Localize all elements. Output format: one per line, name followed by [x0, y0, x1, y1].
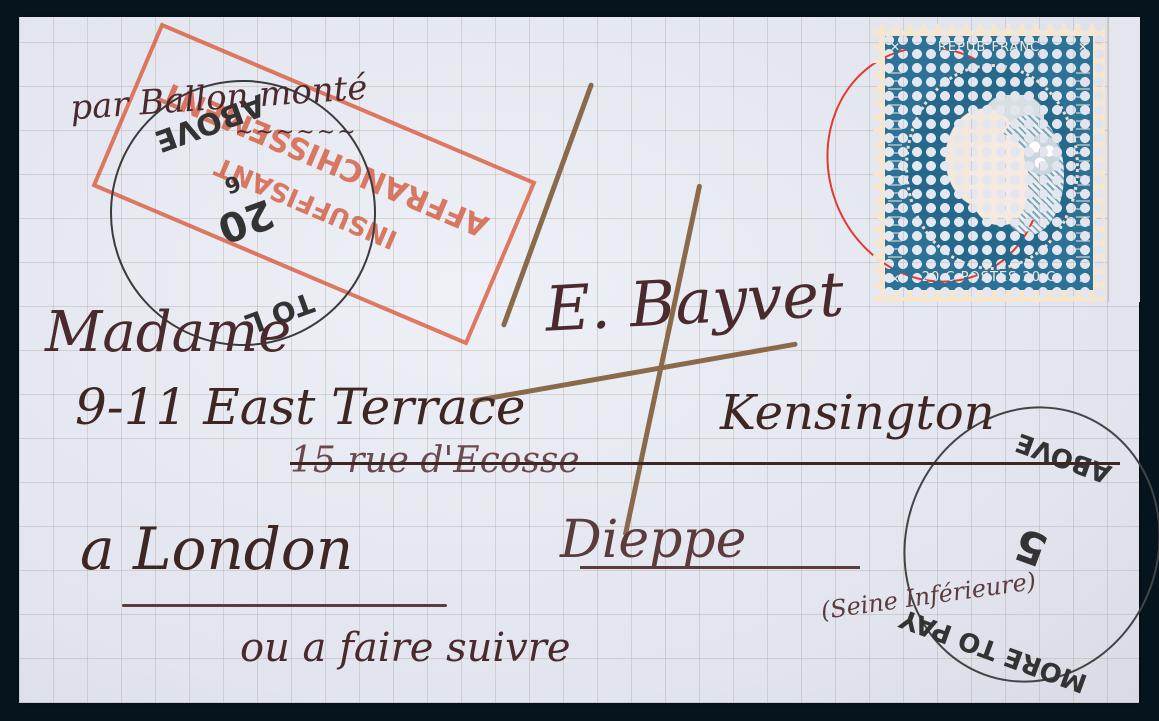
corner-cross-icon: ✕ — [887, 38, 903, 56]
forwarding-instruction: ou a faire suivre — [240, 625, 571, 671]
address-street: 9-11 East Terrace — [75, 378, 525, 436]
strike-through-line — [290, 462, 1120, 465]
salutation: Madame — [45, 300, 291, 365]
address-old-city: Dieppe — [560, 510, 746, 570]
face-profile — [968, 135, 1028, 225]
address-city: a London — [80, 515, 353, 583]
address-district: Kensington — [720, 385, 995, 441]
address-old-street: 15 rue d'Ecosse — [290, 440, 580, 481]
stamp-frame: ✕ ✕ ✕ ✕ REPUB FRANC 20·C·POSTES·20·C — [885, 36, 1093, 290]
strike-through-line — [580, 566, 860, 569]
ceres-head-icon — [944, 95, 1044, 235]
stamp-bottom-label: 20·C·POSTES·20·C — [905, 268, 1073, 288]
greek-key-border — [888, 68, 902, 258]
routing-flourish: ~~~~~~ — [235, 120, 358, 145]
stamp-top-label: REPUB FRANC — [905, 38, 1073, 58]
corner-cross-icon: ✕ — [887, 270, 903, 288]
ceres-stamp: ✕ ✕ ✕ ✕ REPUB FRANC 20·C·POSTES·20·C — [873, 24, 1105, 302]
city-underline — [122, 604, 447, 607]
recipient-name: E. Bayvet — [543, 257, 845, 346]
corner-cross-icon: ✕ — [1075, 38, 1091, 56]
ceres-medallion — [905, 64, 1079, 270]
corner-cross-icon: ✕ — [1075, 270, 1091, 288]
cover-flap — [1108, 17, 1140, 302]
grapes-icon — [1024, 135, 1060, 175]
